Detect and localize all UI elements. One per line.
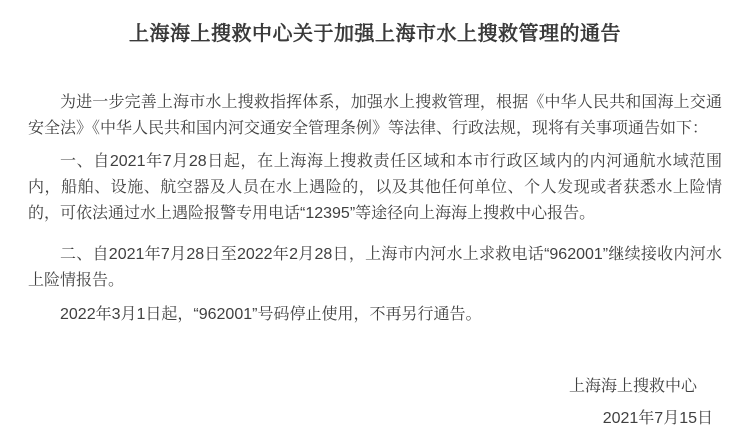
notice-item-2: 二、自2021年7月28日至2022年2月28日，上海市内河水上求救电话“962… — [28, 242, 722, 294]
notice-item-1: 一、自2021年7月28日起，在上海海上搜救责任区域和本市行政区域内的内河通航水… — [28, 149, 722, 227]
signature-block: 上海海上搜救中心 2021年7月15日 — [28, 374, 722, 432]
signer-name: 上海海上搜救中心 — [28, 374, 722, 400]
notice-title: 上海海上搜救中心关于加强上海市水上搜救管理的通告 — [28, 20, 722, 48]
signature-date: 2021年7月15日 — [28, 406, 722, 432]
notice-document: 上海海上搜救中心关于加强上海市水上搜救管理的通告 为进一步完善上海市水上搜救指挥… — [0, 0, 750, 438]
closing-paragraph: 2022年3月1日起，“962001”号码停止使用，不再另行通告。 — [28, 302, 722, 328]
notice-body: 为进一步完善上海市水上搜救指挥体系，加强水上搜救管理，根据《中华人民共和国海上交… — [28, 90, 722, 328]
intro-paragraph: 为进一步完善上海市水上搜救指挥体系，加强水上搜救管理，根据《中华人民共和国海上交… — [28, 90, 722, 142]
